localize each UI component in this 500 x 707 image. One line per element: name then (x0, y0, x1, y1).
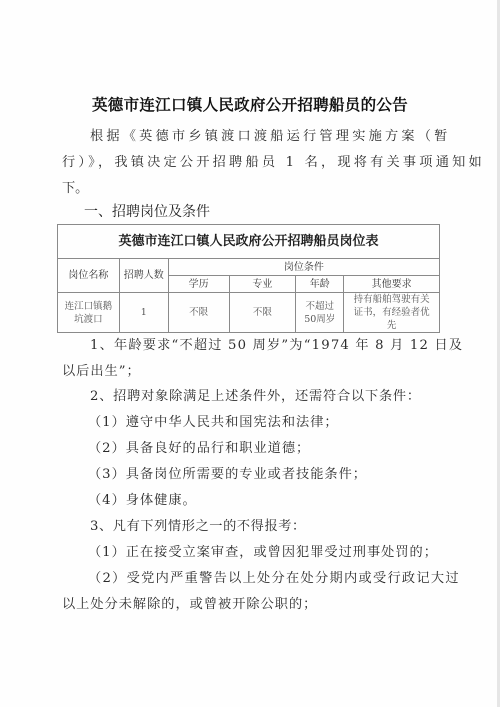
paragraph-line: （1）遵守中华人民共和国宪法和法律； (88, 411, 339, 430)
table-header-row: 岗位名称 招聘人数 岗位条件 (58, 259, 440, 276)
header-major: 专业 (229, 276, 296, 293)
intro-line-3: 下。 (62, 177, 88, 196)
table-caption: 英德市连江口镇人民政府公开招聘船员岗位表 (58, 225, 440, 259)
header-conditions-group: 岗位条件 (168, 259, 439, 276)
table-row: 连江口镇鹅坑渡口 1 不限 不限 不超过50周岁 持有船舶驾驶有关证书，有经验者… (58, 293, 440, 333)
cell-position-name: 连江口镇鹅坑渡口 (58, 293, 120, 333)
cell-major: 不限 (229, 293, 296, 333)
intro-line-1: 根据《英德市乡镇渡口渡船运行管理实施方案（暂 (90, 125, 451, 144)
paragraph-line: （2）具备良好的品行和职业道德； (88, 437, 310, 456)
paragraph-line: （1）正在接受立案审查，或曾因犯罪受过刑事处罚的； (88, 541, 438, 560)
cell-education: 不限 (168, 293, 229, 333)
cell-headcount: 1 (119, 293, 168, 333)
paragraph-line: 1、年龄要求“不超过 50 周岁”为“1974 年 8 月 12 日及 (90, 334, 463, 353)
header-position-name: 岗位名称 (58, 259, 120, 293)
header-headcount: 招聘人数 (119, 259, 168, 293)
document-title: 英德市连江口镇人民政府公开招聘船员的公告 (0, 93, 500, 115)
section-heading: 一、招聘岗位及条件 (84, 201, 210, 221)
cell-other: 持有船舶驾驶有关证书，有经验者优先 (344, 293, 440, 333)
paragraph-line: （3）具备岗位所需要的专业或者技能条件； (88, 463, 367, 482)
paragraph-line: （4）身体健康。 (88, 489, 197, 508)
positions-table: 英德市连江口镇人民政府公开招聘船员岗位表 岗位名称 招聘人数 岗位条件 学历 专… (57, 224, 440, 333)
document-page: 英德市连江口镇人民政府公开招聘船员的公告 根据《英德市乡镇渡口渡船运行管理实施方… (0, 0, 500, 707)
paragraph-line: 以后出生”； (62, 360, 141, 379)
paragraph-line: 以上处分未解除的，或曾被开除公职的； (62, 593, 317, 612)
table-caption-row: 英德市连江口镇人民政府公开招聘船员岗位表 (58, 225, 440, 259)
header-other: 其他要求 (344, 276, 440, 293)
intro-line-2: 行）》，我镇决定公开招聘船员 1 名，现将有关事项通知如 (62, 151, 485, 170)
paragraph-line: 2、招聘对象除满足上述条件外，还需符合以下条件： (90, 385, 421, 404)
header-age: 年龄 (296, 276, 344, 293)
paragraph-line: 3、凡有下列情形之一的不得报考： (90, 515, 306, 534)
paragraph-line: （2）受党内严重警告以上处分在处分期内或受行政记大过 (88, 567, 460, 586)
header-education: 学历 (168, 276, 229, 293)
cell-age: 不超过50周岁 (296, 293, 344, 333)
